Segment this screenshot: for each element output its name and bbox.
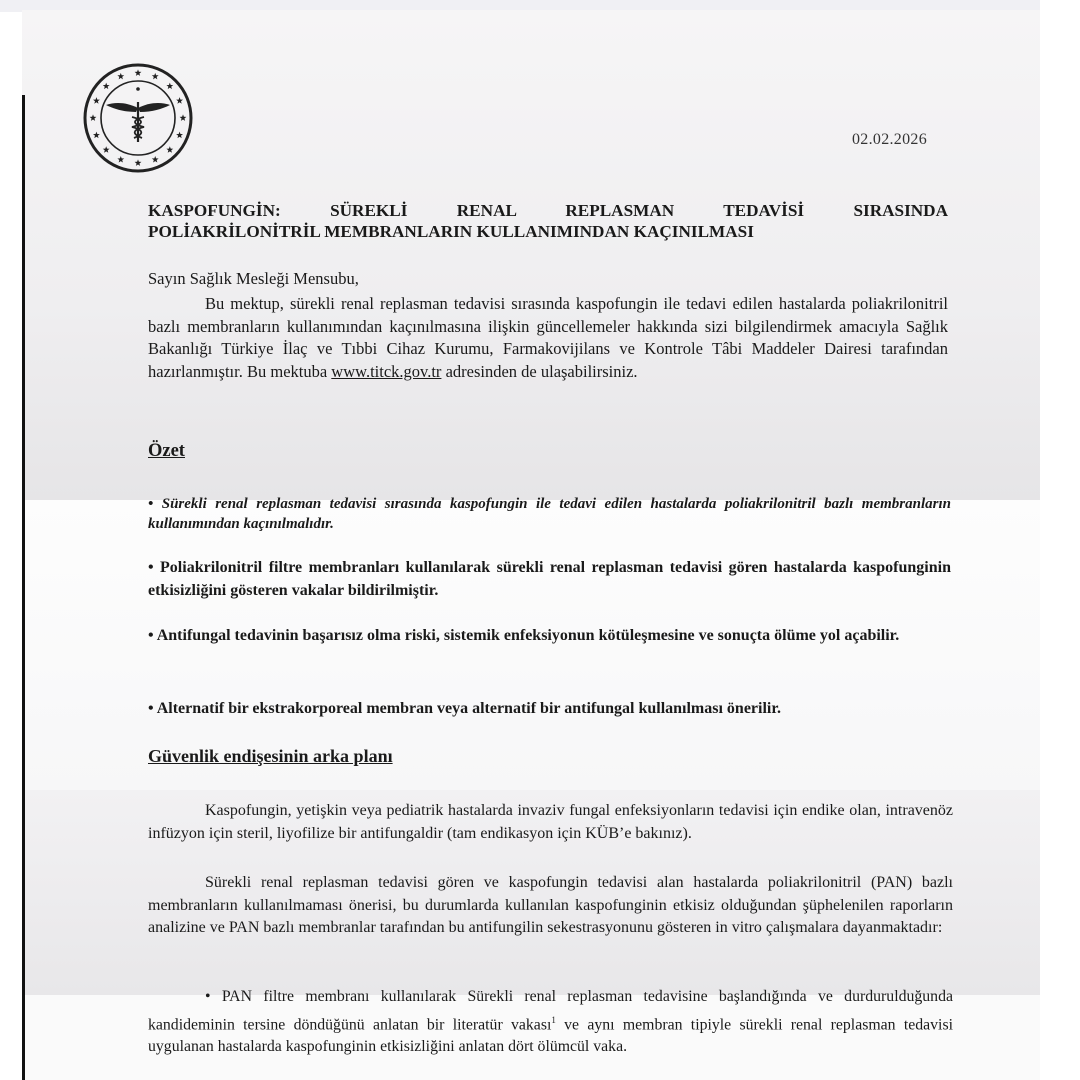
intro-paragraph: Bu mektup, sürekli renal replasman tedav… (148, 293, 948, 383)
letter-date: 02.02.2026 (852, 131, 927, 149)
pan-case-bullet: • PAN filtre membranı kullanılarak Sürek… (148, 986, 953, 1059)
background-heading: Güvenlik endişesinin arka planı (148, 746, 393, 767)
summary-heading: Özet (148, 441, 185, 462)
summary-bullet-2: • Poliakrilonitril filtre membranları ku… (148, 556, 951, 602)
salutation: Sayın Sağlık Mesleği Mensubu, (148, 269, 359, 289)
background-paragraph-1: Kaspofungin, yetişkin veya pediatrik has… (148, 800, 953, 845)
letter-title: KASPOFUNGİN: SÜREKLİ RENAL REPLASMAN TED… (148, 200, 948, 242)
summary-bullet-1: • Sürekli renal replasman tedavisi sıras… (148, 494, 951, 534)
title-line-1: KASPOFUNGİN: SÜREKLİ RENAL REPLASMAN TED… (148, 200, 948, 221)
titck-website-link[interactable]: www.titck.gov.tr (331, 362, 441, 381)
background-paragraph-2: Sürekli renal replasman tedavisi gören v… (148, 872, 953, 940)
ministry-emblem-icon (82, 62, 194, 174)
summary-bullet-1-text: • Sürekli renal replasman tedavisi sıras… (148, 496, 951, 532)
scan-margin-right (1040, 0, 1080, 1080)
summary-bullet-3: • Antifungal tedavinin başarısız olma ri… (148, 624, 951, 647)
intro-tail: adresinden de ulaşabilirsiniz. (441, 362, 637, 381)
summary-bullet-4: • Alternatif bir ekstrakorporeal membran… (148, 697, 951, 720)
title-line-2: POLİAKRİLONİTRİL MEMBRANLARIN KULLANIMIN… (148, 221, 948, 242)
page-edge-shadow (22, 95, 25, 1080)
